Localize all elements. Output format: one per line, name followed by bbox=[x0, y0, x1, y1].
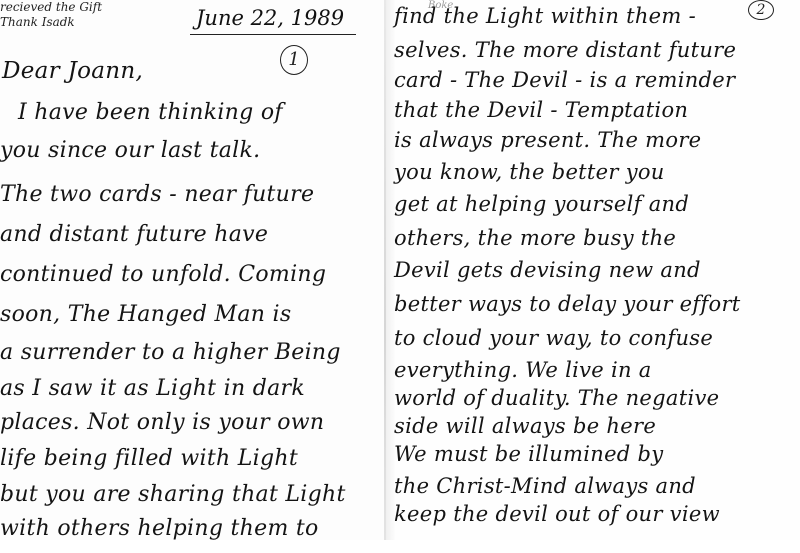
letter-line: get at helping yourself and bbox=[394, 192, 689, 216]
letter-line: better ways to delay your effort bbox=[394, 292, 741, 316]
letter-line: you since our last talk. bbox=[0, 138, 260, 163]
letter-line: the Christ-Mind always and bbox=[394, 474, 696, 498]
letter-line: side will always be here bbox=[394, 414, 656, 438]
letter-line: everything. We live in a bbox=[394, 358, 652, 382]
letter-line: The two cards - near future bbox=[0, 182, 314, 207]
letter-line: is always present. The more bbox=[394, 128, 701, 152]
letter-line: world of duality. The negative bbox=[394, 386, 719, 410]
page-number-2: 2 bbox=[748, 0, 774, 20]
letter-line: to cloud your way, to confuse bbox=[394, 326, 713, 350]
letter-line: places. Not only is your own bbox=[0, 410, 324, 435]
margin-note-line-1: recieved the Gift bbox=[0, 0, 102, 15]
letter-line: life being filled with Light bbox=[0, 446, 298, 471]
page-number-1: 1 bbox=[280, 45, 308, 75]
letter-line: keep the devil out of our view bbox=[394, 502, 720, 526]
letter-line: I have been thinking of bbox=[18, 100, 283, 125]
letter-line: soon, The Hanged Man is bbox=[0, 302, 291, 327]
letter-line: We must be illumined by bbox=[394, 442, 663, 466]
letter-date: June 22, 1989 bbox=[190, 6, 356, 35]
letter-line: with others helping them to bbox=[0, 516, 319, 541]
letter-line: but you are sharing that Light bbox=[0, 482, 346, 507]
letter-line: find the Light within them - bbox=[394, 4, 696, 28]
letter-line: you know, the better you bbox=[394, 160, 665, 184]
letter-line: that the Devil - Temptation bbox=[394, 98, 688, 122]
letter-line: card - The Devil - is a reminder bbox=[394, 68, 735, 92]
letter-line: continued to unfold. Coming bbox=[0, 262, 326, 287]
letter-line: selves. The more distant future bbox=[394, 38, 736, 62]
letter-line: a surrender to a higher Being bbox=[0, 340, 341, 365]
scan-bottom-edge bbox=[0, 540, 800, 553]
letter-line: Devil gets devising new and bbox=[394, 258, 701, 282]
letter-line: others, the more busy the bbox=[394, 226, 676, 250]
letter-line: and distant future have bbox=[0, 222, 268, 247]
letter-greeting: Dear Joann, bbox=[2, 58, 143, 84]
letter-line: as I saw it as Light in dark bbox=[0, 376, 305, 401]
margin-note-line-2: Thank Isadk bbox=[0, 15, 75, 30]
